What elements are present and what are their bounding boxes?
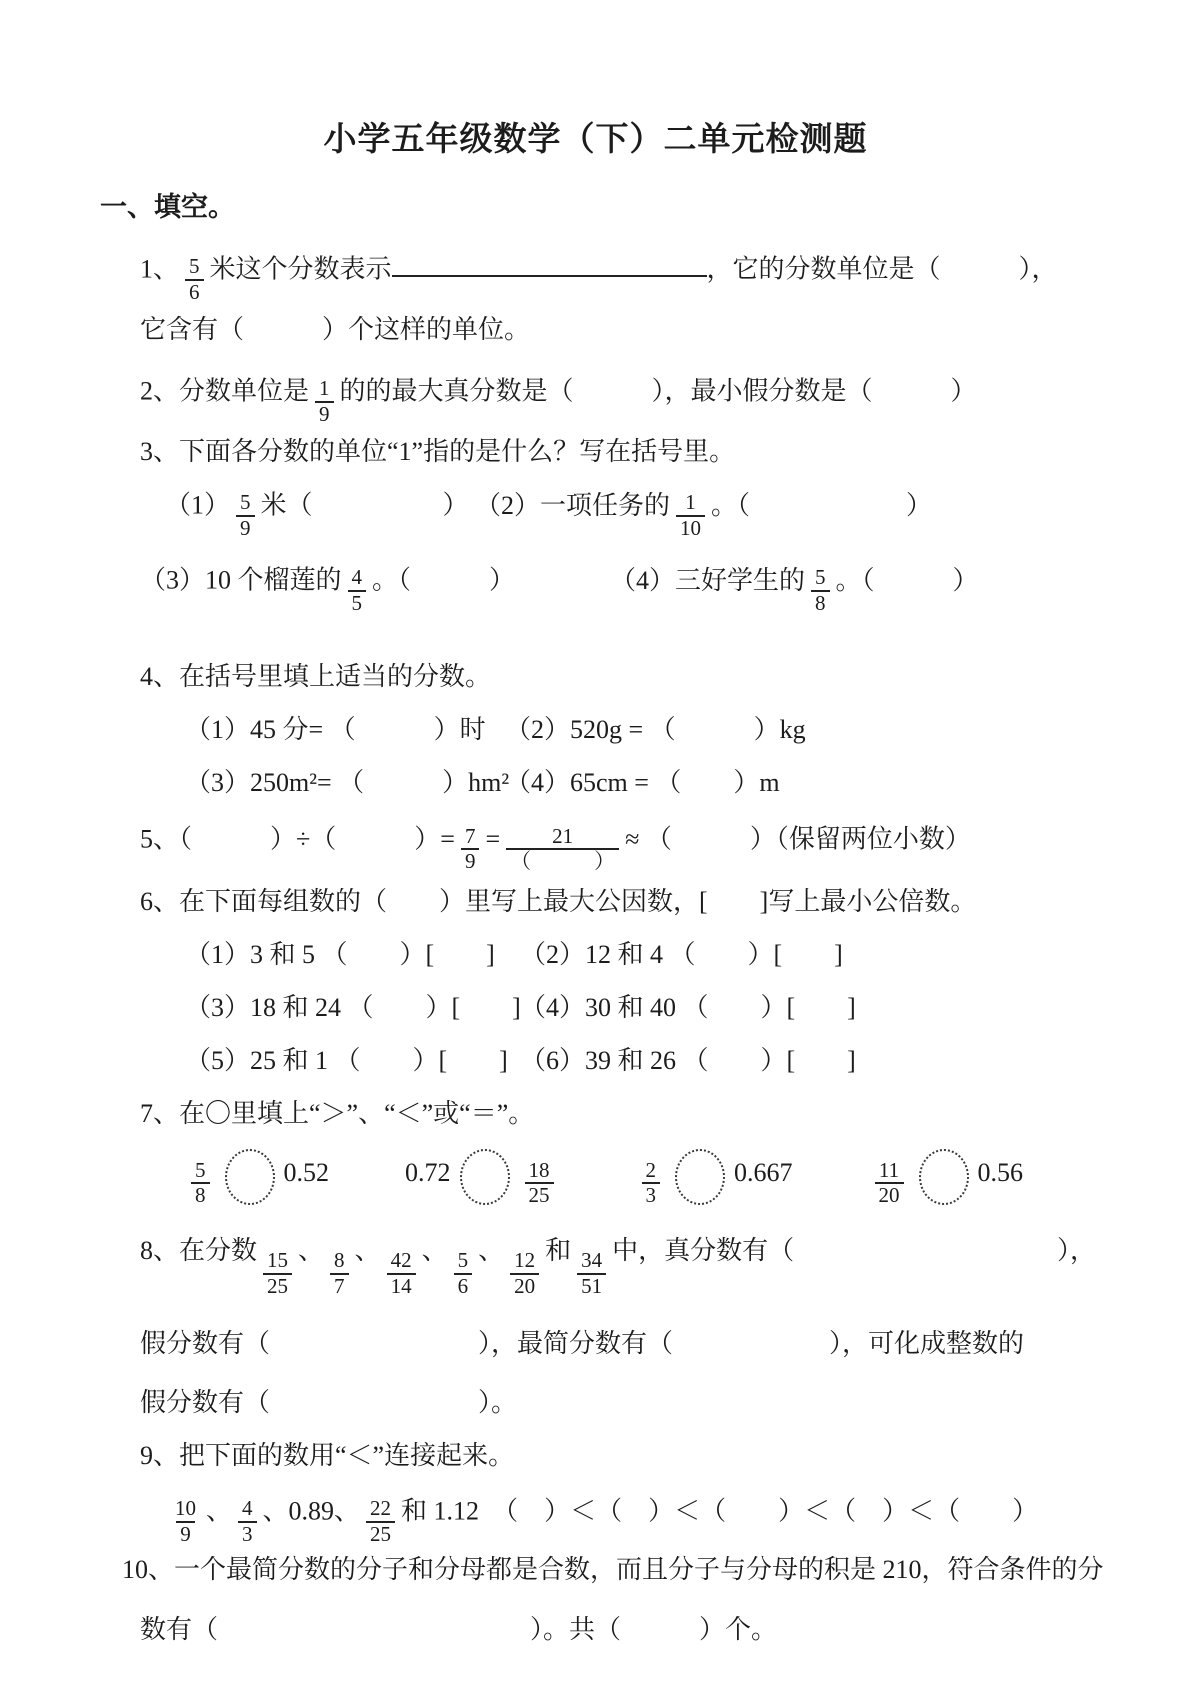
question-8-line-3: 假分数有（ ）。	[140, 1385, 1191, 1420]
fraction-denominator: 9	[461, 848, 480, 874]
fraction: 45	[348, 566, 367, 615]
fraction: 1220	[510, 1249, 539, 1298]
comparison-item: 580.52	[185, 1147, 329, 1203]
question-4-row-1: （1）45 分= （ ）时（2）520g = （ ）kg	[185, 712, 1191, 747]
fraction: 58	[811, 566, 830, 615]
question-number: 9、	[140, 1441, 179, 1470]
question-text: （2）一项任务的	[475, 491, 670, 520]
fraction-numerator: 5	[185, 255, 204, 279]
question-text: 米这个分数表示	[210, 254, 392, 283]
fraction-denominator: 9	[236, 515, 255, 541]
fraction: 2225	[366, 1497, 395, 1546]
fraction-numerator: 4	[348, 566, 367, 590]
fraction-denominator: 10	[676, 515, 705, 541]
question-text: 在下面每组数的（ ）里写上最大公因数，[ ]写上最小公倍数。	[179, 887, 976, 916]
fraction-denominator: 3	[238, 1521, 257, 1547]
question-text: （4）三好学生的	[610, 566, 805, 595]
fraction: 1525	[263, 1249, 292, 1298]
comparison-circle	[225, 1149, 275, 1205]
question-text: ），	[1057, 1233, 1096, 1268]
question-text: =	[485, 824, 500, 853]
fraction-numerator: 5	[236, 491, 255, 515]
question-text: （1）	[165, 491, 230, 520]
question-7-intro: 7、在〇里填上“＞”、“＜”或“＝”。	[140, 1096, 1191, 1131]
question-text: 。（ ）	[711, 491, 932, 520]
fraction-denominator: 51	[577, 1273, 606, 1299]
question-text: 它含有（ ）个这样的单位。	[140, 315, 530, 344]
fraction: 59	[236, 491, 255, 540]
fraction-denominator: （ ）	[506, 848, 619, 874]
comparison-value: 0.56	[978, 1158, 1024, 1187]
question-text: 分数单位是	[179, 377, 309, 406]
sub-item: （4）三好学生的58。（ ）	[610, 566, 979, 595]
sub-item: （3）10 个榴莲的45。（ ）	[140, 558, 610, 607]
separator: 、	[422, 1233, 448, 1268]
sub-item: （1）45 分= （ ）时	[185, 712, 505, 747]
question-text: 数有（ ）。共（ ）个。	[140, 1615, 777, 1644]
question-6-intro: 6、在下面每组数的（ ）里写上最大公因数，[ ]写上最小公倍数。	[140, 884, 1191, 919]
comparison-item: 230.667	[636, 1147, 793, 1203]
answer-blank	[392, 249, 707, 277]
fraction-denominator: 8	[811, 590, 830, 616]
question-9-row: 109、43、0.89、2225和 1.12 （ ）＜（ ）＜（ ）＜（ ）＜（…	[165, 1489, 1191, 1538]
fraction-numerator: 12	[510, 1249, 539, 1273]
fraction-numerator: 1	[681, 491, 700, 515]
separator: 、	[478, 1233, 504, 1268]
fraction-numerator: 5	[811, 566, 830, 590]
fraction-numerator: 34	[577, 1249, 606, 1273]
question-4-intro: 4、在括号里填上适当的分数。	[140, 659, 1191, 694]
question-8-line-2: 假分数有（ ），最简分数有（ ），可化成整数的	[140, 1326, 1191, 1361]
sub-item: （4）65cm = （ ）m	[505, 768, 780, 797]
comparison-value: 0.52	[284, 1158, 330, 1187]
sub-item: （6）39 和 26 （ ）[ ]	[520, 1046, 856, 1075]
fraction: 4214	[387, 1249, 416, 1298]
question-number: 7、	[140, 1099, 179, 1128]
sub-item: （2）12 和 4 （ ）[ ]	[520, 940, 843, 969]
question-text: 下面各分数的单位“1”指的是什么？写在括号里。	[179, 437, 735, 466]
fraction-numerator: 22	[366, 1497, 395, 1521]
fraction-numerator: 7	[461, 825, 480, 849]
fraction-denominator: 6	[454, 1273, 473, 1299]
fraction-denominator: 6	[185, 279, 204, 305]
comparison-value: 0.667	[734, 1158, 793, 1187]
question-text: （ ）＜（ ）＜（ ）＜（ ）＜（ ）	[505, 1497, 1038, 1526]
sub-item: （2）520g = （ ）kg	[505, 715, 806, 744]
section-heading: 一、填空。	[100, 189, 1191, 225]
sub-item: （3）18 和 24 （ ）[ ]	[185, 990, 520, 1025]
question-number: 3、	[140, 437, 179, 466]
question-6-row-1: （1）3 和 5 （ ）[ ]（2）12 和 4 （ ）[ ]	[185, 937, 1191, 972]
separator: 、	[206, 1497, 232, 1526]
question-3-intro: 3、下面各分数的单位“1”指的是什么？写在括号里。	[140, 434, 1191, 469]
fraction: 3451	[577, 1249, 606, 1298]
question-6-row-2: （3）18 和 24 （ ）[ ]（4）30 和 40 （ ）[ ]	[185, 990, 1191, 1025]
fraction-numerator: 10	[171, 1497, 200, 1521]
question-text: 在〇里填上“＞”、“＜”或“＝”。	[179, 1099, 534, 1128]
comparison-circle	[919, 1149, 969, 1205]
question-10-line-2: 数有（ ）。共（ ）个。	[140, 1612, 1191, 1647]
fraction: 109	[171, 1497, 200, 1546]
question-number: 8、	[140, 1233, 179, 1268]
fraction: 87	[330, 1249, 349, 1298]
question-7-row: 580.52 0.721825 230.667 11200.56	[185, 1147, 1191, 1203]
fraction-denominator: 7	[330, 1273, 349, 1299]
fraction: 21（ ）	[506, 825, 619, 874]
fraction-denominator: 25	[366, 1521, 395, 1547]
fraction: 1825	[525, 1159, 554, 1208]
question-text: 米（ ）	[261, 491, 469, 520]
worksheet-page: 小学五年级数学（下）二单元检测题 一、填空。 1、56米这个分数表示，它的分数单…	[0, 0, 1191, 1684]
fraction: 110	[676, 491, 705, 540]
question-text: 假分数有（ ），最简分数有（ ），可化成整数的	[140, 1329, 1024, 1358]
question-text: 中，真分数有（	[612, 1233, 794, 1268]
question-1-line-2: 它含有（ ）个这样的单位。	[140, 312, 1191, 347]
comparison-value: 0.72	[405, 1158, 451, 1187]
comparison-circle	[460, 1149, 510, 1205]
comparison-item: 11200.56	[869, 1147, 1024, 1203]
fraction-numerator: 5	[191, 1159, 210, 1183]
question-4-row-2: （3）250m²= （ ）hm²（4）65cm = （ ）m	[185, 765, 1191, 800]
fraction-numerator: 2	[642, 1159, 661, 1183]
question-5: 5、（ ）÷（ ）=79=21（ ）≈ （ ）（保留两位小数）	[140, 817, 1191, 866]
question-text: ≈ （ ）（保留两位小数）	[625, 824, 971, 853]
fraction-denominator: 25	[263, 1273, 292, 1299]
separator: 、	[298, 1233, 324, 1268]
fraction: 56	[185, 255, 204, 304]
question-number: 4、	[140, 662, 179, 691]
fraction-numerator: 42	[387, 1249, 416, 1273]
fraction-denominator: 3	[642, 1182, 661, 1208]
question-number: 2、	[140, 377, 179, 406]
page-title: 小学五年级数学（下）二单元检测题	[0, 0, 1191, 163]
fraction-numerator: 15	[263, 1249, 292, 1273]
fraction-denominator: 25	[525, 1182, 554, 1208]
question-text: （ ）÷（ ）=	[179, 824, 455, 853]
question-3-row-1: （1）59米（ ）（2）一项任务的110。（ ）	[165, 483, 1191, 532]
sub-item: （1）59米（ ）	[165, 483, 475, 532]
sub-item: （3）250m²= （ ）hm²	[185, 765, 505, 800]
separator: 和	[545, 1233, 571, 1268]
fraction-numerator: 11	[875, 1159, 903, 1183]
question-2: 2、分数单位是19的的最大真分数是（ ），最小假分数是（ ）	[140, 369, 1191, 418]
sub-item: （4）30 和 40 （ ）[ ]	[520, 993, 856, 1022]
fraction-denominator: 20	[510, 1273, 539, 1299]
question-text: 。（ ）	[372, 566, 515, 595]
comparison-item: 0.721825	[405, 1147, 560, 1203]
fraction-denominator: 9	[176, 1521, 195, 1547]
fraction-numerator: 5	[454, 1249, 473, 1273]
fraction: 1120	[875, 1159, 904, 1208]
fraction: 23	[642, 1159, 661, 1208]
fraction-denominator: 8	[191, 1182, 210, 1208]
question-number: 6、	[140, 887, 179, 916]
question-text: ，它的分数单位是（ ），	[707, 254, 1058, 283]
question-text: 一个最简分数的分子和分母都是合数，而且分子与分母的积是 210，符合条件的分	[174, 1555, 1104, 1584]
question-text: 在分数	[179, 1233, 257, 1268]
separator: 和 1.12	[401, 1497, 479, 1526]
fraction: 58	[191, 1159, 210, 1208]
comparison-circle	[675, 1149, 725, 1205]
question-text: 的的最大真分数是（ ），最小假分数是（ ）	[340, 377, 977, 406]
question-6-row-3: （5）25 和 1 （ ）[ ]（6）39 和 26 （ ）[ ]	[185, 1043, 1191, 1078]
question-text: （3）10 个榴莲的	[140, 566, 342, 595]
question-1-line-1: 1、56米这个分数表示，它的分数单位是（ ），	[140, 247, 1191, 296]
fraction: 19	[315, 377, 334, 426]
fraction: 56	[454, 1249, 473, 1298]
question-number: 10、	[122, 1555, 174, 1584]
question-text: 。（ ）	[836, 566, 979, 595]
question-number: 5、	[140, 824, 179, 853]
fraction: 43	[238, 1497, 257, 1546]
fraction-numerator: 1	[315, 377, 334, 401]
fraction-denominator: 20	[875, 1182, 904, 1208]
question-8-line-1: 8、在分数1525、87、4214、56、1220和3451中，真分数有（），	[140, 1233, 1096, 1290]
question-number: 1、	[140, 254, 179, 283]
separator: 、	[355, 1233, 381, 1268]
question-text: 把下面的数用“＜”连接起来。	[179, 1441, 514, 1470]
fraction-denominator: 14	[387, 1273, 416, 1299]
separator: 、0.89、	[263, 1497, 361, 1526]
sub-item: （2）一项任务的110。（ ）	[475, 491, 932, 520]
fraction: 79	[461, 825, 480, 874]
sub-item: （5）25 和 1 （ ）[ ]	[185, 1043, 520, 1078]
sub-item: （1）3 和 5 （ ）[ ]	[185, 937, 520, 972]
question-9-intro: 9、把下面的数用“＜”连接起来。	[140, 1438, 1191, 1473]
fraction-denominator: 5	[348, 590, 367, 616]
question-text: 假分数有（ ）。	[140, 1388, 517, 1417]
question-text: 在括号里填上适当的分数。	[179, 662, 491, 691]
fraction-denominator: 9	[315, 401, 334, 427]
question-3-row-2: （3）10 个榴莲的45。（ ）（4）三好学生的58。（ ）	[140, 558, 1191, 607]
fraction-numerator: 8	[330, 1249, 349, 1273]
fraction-numerator: 18	[525, 1159, 554, 1183]
question-10-line-1: 10、一个最简分数的分子和分母都是合数，而且分子与分母的积是 210，符合条件的…	[122, 1552, 1191, 1587]
fraction-numerator: 21	[548, 825, 577, 849]
fraction-numerator: 4	[238, 1497, 257, 1521]
